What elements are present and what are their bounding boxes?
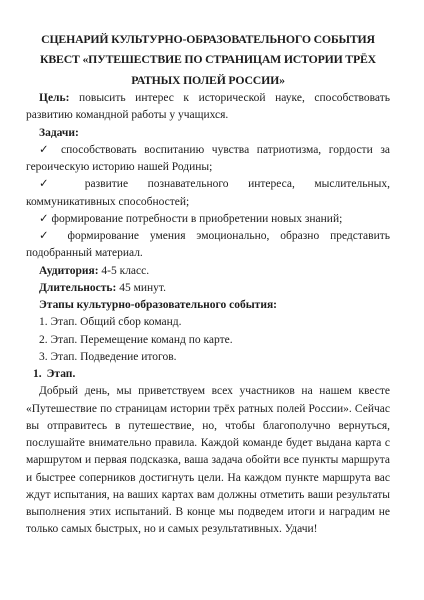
stage1-word: Этап.	[47, 368, 76, 380]
checkmark-icon: ✓	[39, 178, 65, 190]
task-item-text: формирование умения эмоционально, образн…	[26, 230, 390, 259]
stages-heading-text: Этапы культурно-образовательного события…	[39, 299, 277, 311]
task-item: ✓ формирование умения эмоционально, обра…	[26, 228, 390, 263]
task-item: ✓ способствовать воспитанию чувства патр…	[26, 142, 390, 177]
document-title: СЦЕНАРИЙ КУЛЬТУРНО-ОБРАЗОВАТЕЛЬНОГО СОБЫ…	[26, 29, 390, 90]
stages-heading: Этапы культурно-образовательного события…	[26, 297, 390, 314]
goal-paragraph: Цель: повысить интерес к исторической на…	[26, 90, 390, 125]
document-page: СЦЕНАРИЙ КУЛЬТУРНО-ОБРАЗОВАТЕЛЬНОГО СОБЫ…	[0, 0, 424, 600]
task-item: ✓ формирование потребности в приобретени…	[26, 211, 390, 228]
duration-text: 45 минут.	[116, 282, 166, 294]
checkmark-icon: ✓	[39, 144, 53, 156]
audience-text: 4-5 класс.	[99, 265, 150, 277]
title-line-2: КВЕСТ «ПУТЕШЕСТВИЕ ПО СТРАНИЦАМ ИСТОРИИ …	[26, 49, 390, 90]
stage1-number: 1.	[33, 368, 42, 380]
goal-label: Цель:	[39, 92, 69, 104]
task-item: ✓ развитие познавательного интереса, мыс…	[26, 176, 390, 211]
stage-list-item: 2. Этап. Перемещение команд по карте.	[26, 332, 390, 349]
duration-paragraph: Длительность: 45 минут.	[26, 280, 390, 297]
checkmark-icon: ✓	[39, 230, 57, 242]
title-line-1: СЦЕНАРИЙ КУЛЬТУРНО-ОБРАЗОВАТЕЛЬНОГО СОБЫ…	[26, 29, 390, 49]
task-item-text: развитие познавательного интереса, мысли…	[26, 178, 390, 207]
checkmark-icon: ✓	[39, 213, 49, 225]
goal-text: повысить интерес к исторической науке, с…	[26, 92, 390, 121]
task-item-text: способствовать воспитанию чувства патрио…	[26, 144, 390, 173]
tasks-label: Задачи:	[39, 127, 79, 139]
stage1-heading: 1.Этап.	[26, 366, 390, 383]
stage1-paragraph: Добрый день, мы приветствуем всех участн…	[26, 383, 390, 538]
audience-label: Аудитория:	[39, 265, 99, 277]
task-item-text: формирование потребности в приобретении …	[52, 213, 343, 225]
audience-paragraph: Аудитория: 4-5 класс.	[26, 263, 390, 280]
stage-list-item: 3. Этап. Подведение итогов.	[26, 349, 390, 366]
stage-list-item: 1. Этап. Общий сбор команд.	[26, 314, 390, 331]
duration-label: Длительность:	[39, 282, 116, 294]
tasks-heading: Задачи:	[26, 125, 390, 142]
